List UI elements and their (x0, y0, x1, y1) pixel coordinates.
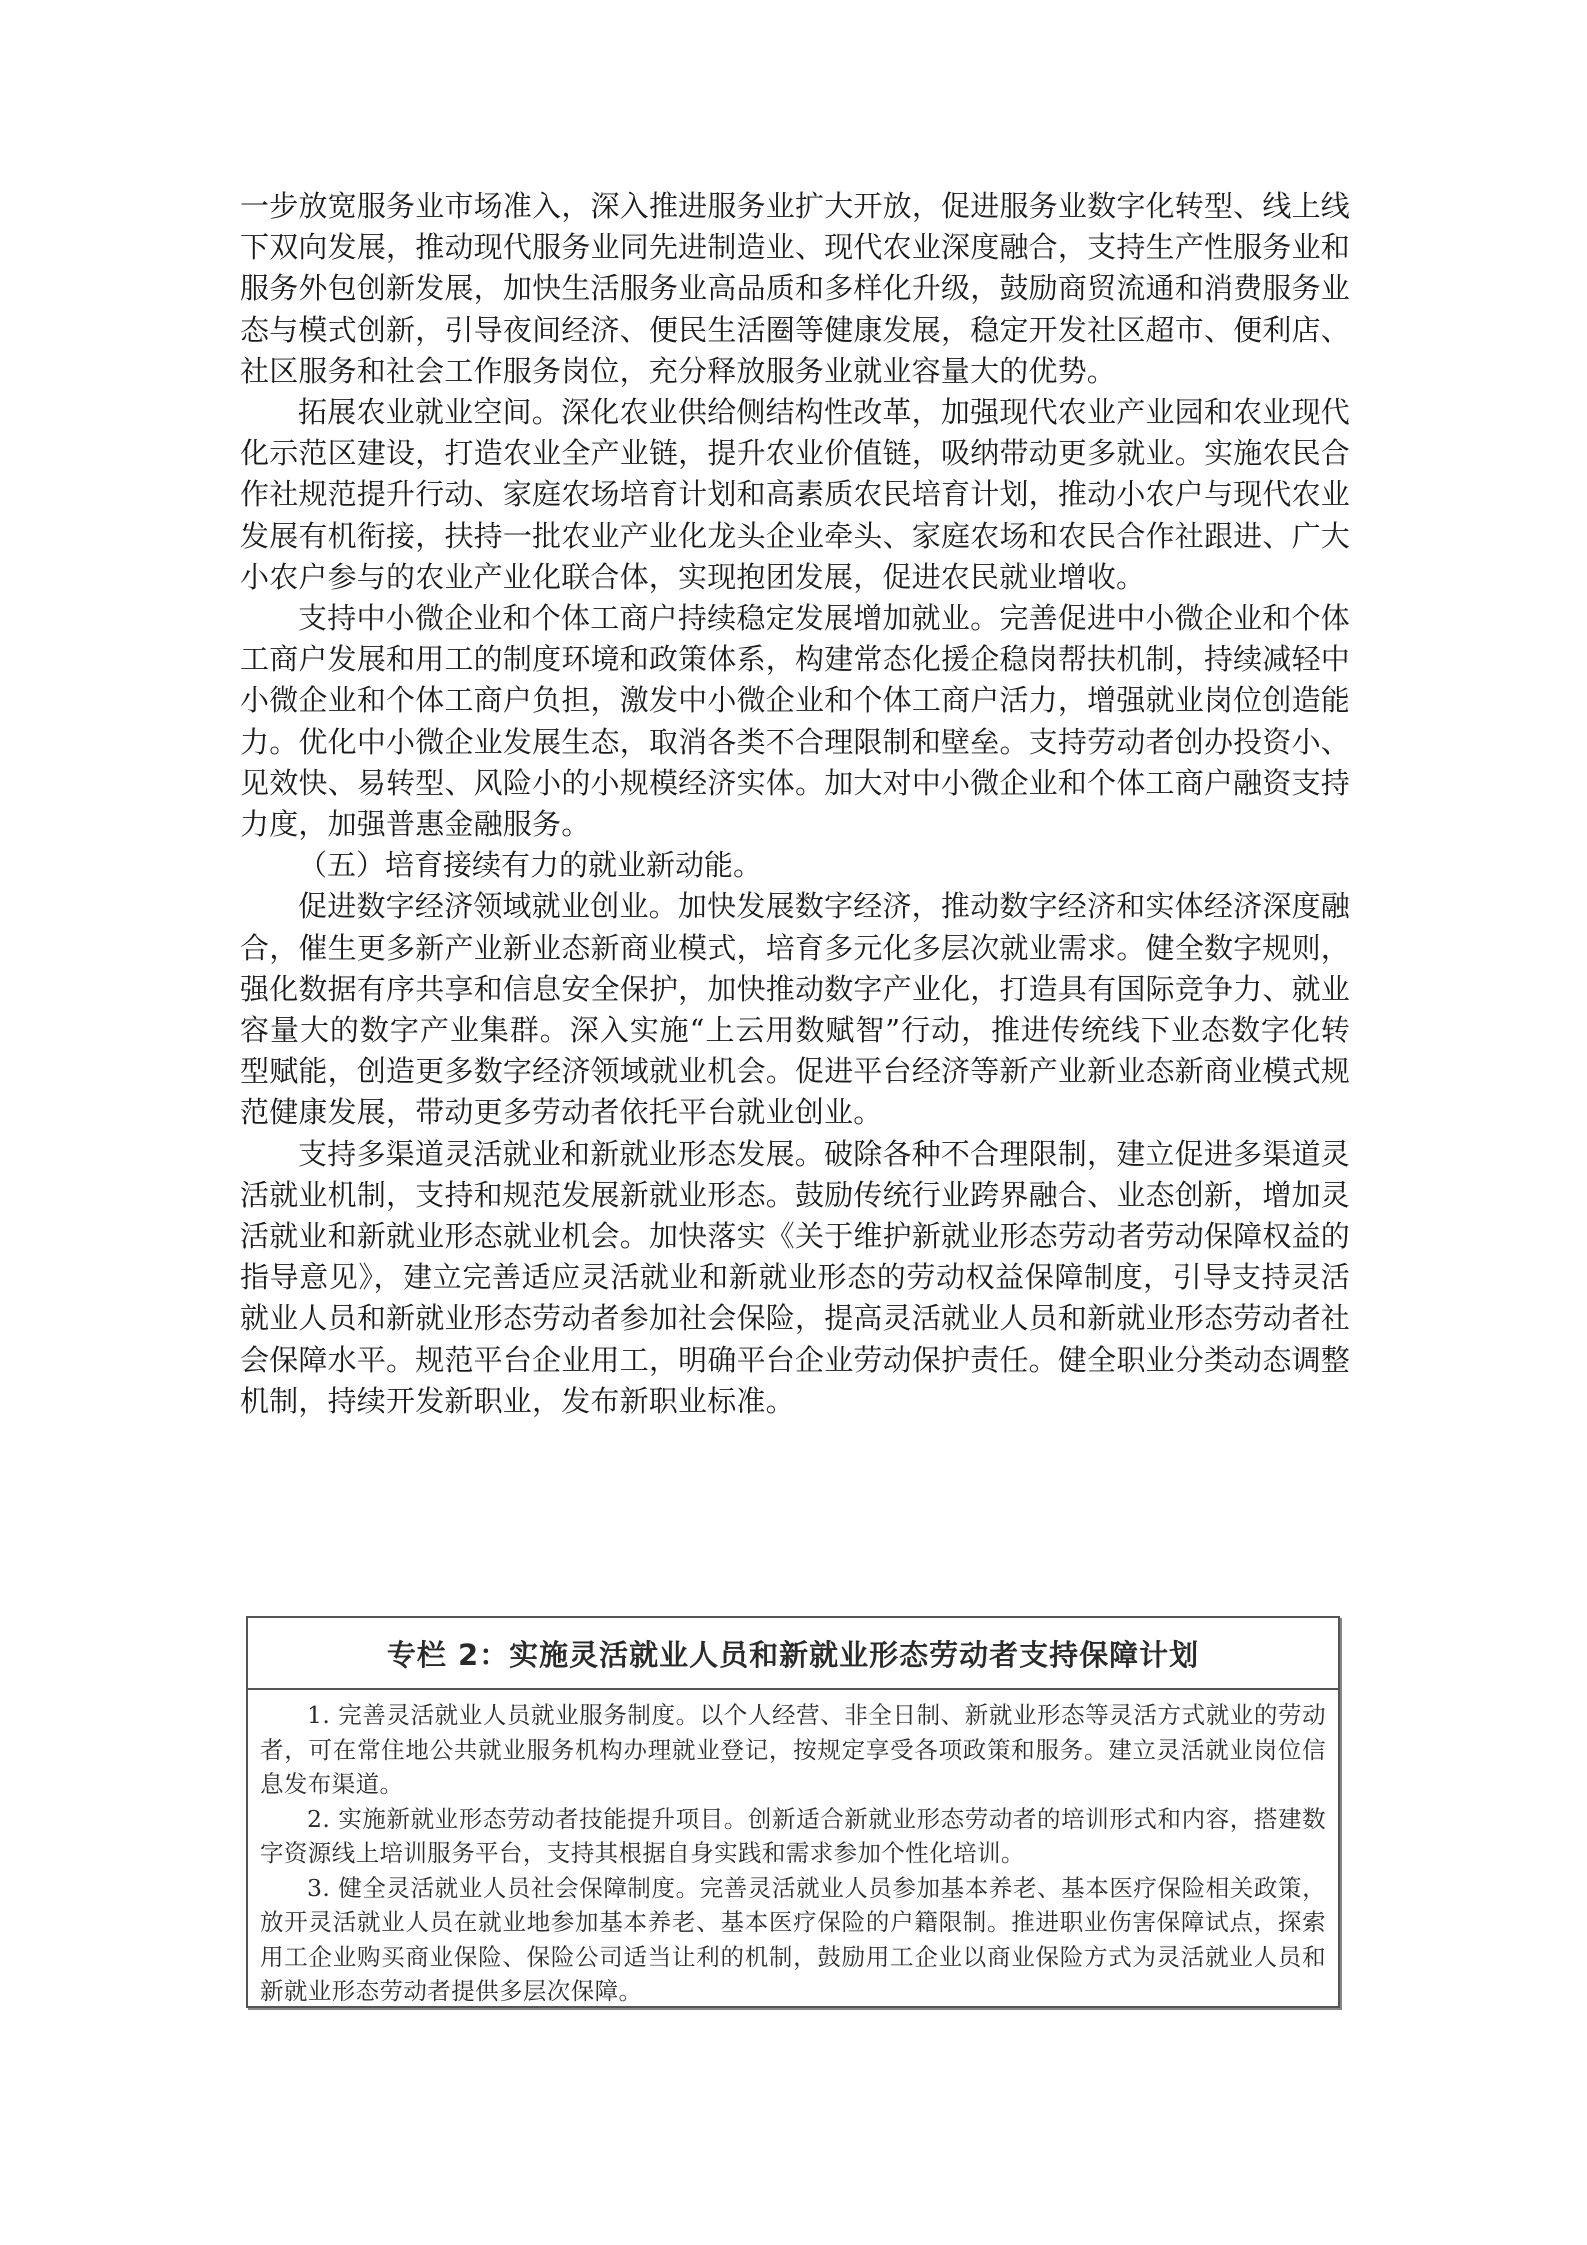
section-heading: （五）培育接续有力的就业新动能。 (240, 845, 1350, 886)
column-box-body: 1. 完善灵活就业人员就业服务制度。以个人经营、非全日制、新就业形态等灵活方式就… (248, 1690, 1338, 2009)
paragraph-digital-economy: 促进数字经济领域就业创业。加快发展数字经济，推动数字经济和实体经济深度融合，催生… (240, 886, 1350, 1133)
paragraph-flexible-employment: 支持多渠道灵活就业和新就业形态发展。破除各种不合理限制，建立促进多渠道灵活就业机… (240, 1134, 1350, 1422)
column-box: 专栏 2：实施灵活就业人员和新就业形态劳动者支持保障计划 1. 完善灵活就业人员… (246, 1616, 1340, 2008)
document-page: 一步放宽服务业市场准入，深入推进服务业扩大开放，促进服务业数字化转型、线上线下双… (240, 186, 1350, 1422)
paragraph-small-business: 支持中小微企业和个体工商户持续稳定发展增加就业。完善促进中小微企业和个体工商户发… (240, 598, 1350, 845)
column-item-3: 3. 健全灵活就业人员社会保障制度。完善灵活就业人员参加基本养老、基本医疗保险相… (260, 1871, 1326, 2009)
paragraph-service-sector: 一步放宽服务业市场准入，深入推进服务业扩大开放，促进服务业数字化转型、线上线下双… (240, 186, 1350, 392)
column-item-2: 2. 实施新就业形态劳动者技能提升项目。创新适合新就业形态劳动者的培训形式和内容… (260, 1802, 1326, 1871)
paragraph-agriculture: 拓展农业就业空间。深化农业供给侧结构性改革，加强现代农业产业园和农业现代化示范区… (240, 392, 1350, 598)
column-box-title: 专栏 2：实施灵活就业人员和新就业形态劳动者支持保障计划 (248, 1618, 1338, 1690)
column-item-1: 1. 完善灵活就业人员就业服务制度。以个人经营、非全日制、新就业形态等灵活方式就… (260, 1698, 1326, 1802)
